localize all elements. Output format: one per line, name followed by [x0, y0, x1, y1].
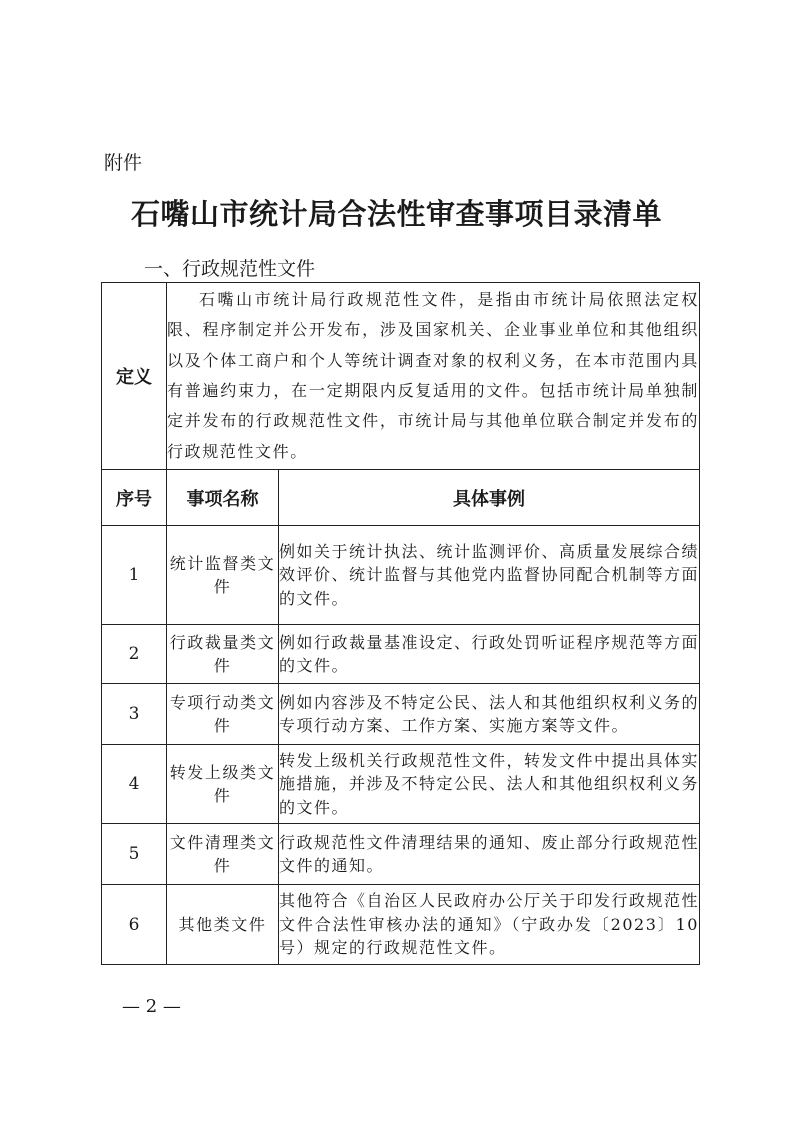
row-example: 例如行政裁量基准设定、行政处罚听证程序规范等方面的文件。 [279, 625, 700, 684]
table-row: 2 行政裁量类文件 例如行政裁量基准设定、行政处罚听证程序规范等方面的文件。 [102, 625, 700, 684]
column-header-examples: 具体事例 [279, 470, 700, 526]
row-number: 1 [102, 526, 167, 625]
row-number: 6 [102, 885, 167, 965]
row-example: 例如内容涉及不特定公民、法人和其他组织权利义务的专项行动方案、工作方案、实施方案… [279, 684, 700, 745]
row-example: 其他符合《自治区人民政府办公厅关于印发行政规范性文件合法性审核办法的通知》（宁政… [279, 885, 700, 965]
document-title: 石嘴山市统计局合法性审查事项目录清单 [0, 192, 793, 233]
row-item-name: 其他类文件 [167, 885, 279, 965]
column-header-item-name: 事项名称 [167, 470, 279, 526]
row-example: 行政规范性文件清理结果的通知、废止部分行政规范性文件的通知。 [279, 824, 700, 885]
row-item-name: 文件清理类文件 [167, 824, 279, 885]
table-row: 6 其他类文件 其他符合《自治区人民政府办公厅关于印发行政规范性文件合法性审核办… [102, 885, 700, 965]
row-number: 5 [102, 824, 167, 885]
row-example: 转发上级机关行政规范性文件，转发文件中提出具体实施措施，并涉及不特定公民、法人和… [279, 745, 700, 824]
section-heading: 一、行政规范性文件 [144, 254, 315, 281]
row-number: 2 [102, 625, 167, 684]
row-number: 4 [102, 745, 167, 824]
attachment-label: 附件 [104, 148, 142, 175]
row-item-name: 专项行动类文件 [167, 684, 279, 745]
definition-row: 定义 石嘴山市统计局行政规范性文件，是指由市统计局依照法定权限、程序制定并公开发… [102, 283, 700, 470]
definition-text-cell: 石嘴山市统计局行政规范性文件，是指由市统计局依照法定权限、程序制定并公开发布，涉… [167, 283, 700, 470]
table-row: 4 转发上级类文件 转发上级机关行政规范性文件，转发文件中提出具体实施措施，并涉… [102, 745, 700, 824]
table-row: 1 统计监督类文件 例如关于统计执法、统计监测评价、高质量发展综合绩效评价、统计… [102, 526, 700, 625]
catalog-table: 定义 石嘴山市统计局行政规范性文件，是指由市统计局依照法定权限、程序制定并公开发… [101, 282, 700, 965]
table-row: 3 专项行动类文件 例如内容涉及不特定公民、法人和其他组织权利义务的专项行动方案… [102, 684, 700, 745]
definition-label: 定义 [102, 283, 167, 470]
table-header-row: 序号 事项名称 具体事例 [102, 470, 700, 526]
row-item-name: 行政裁量类文件 [167, 625, 279, 684]
definition-text: 石嘴山市统计局行政规范性文件，是指由市统计局依照法定权限、程序制定并公开发布，涉… [167, 285, 699, 467]
row-number: 3 [102, 684, 167, 745]
row-example: 例如关于统计执法、统计监测评价、高质量发展综合绩效评价、统计监督与其他党内监督协… [279, 526, 700, 625]
row-item-name: 转发上级类文件 [167, 745, 279, 824]
row-item-name: 统计监督类文件 [167, 526, 279, 625]
column-header-number: 序号 [102, 470, 167, 526]
page-number: — 2 — [122, 996, 181, 1017]
table-row: 5 文件清理类文件 行政规范性文件清理结果的通知、废止部分行政规范性文件的通知。 [102, 824, 700, 885]
